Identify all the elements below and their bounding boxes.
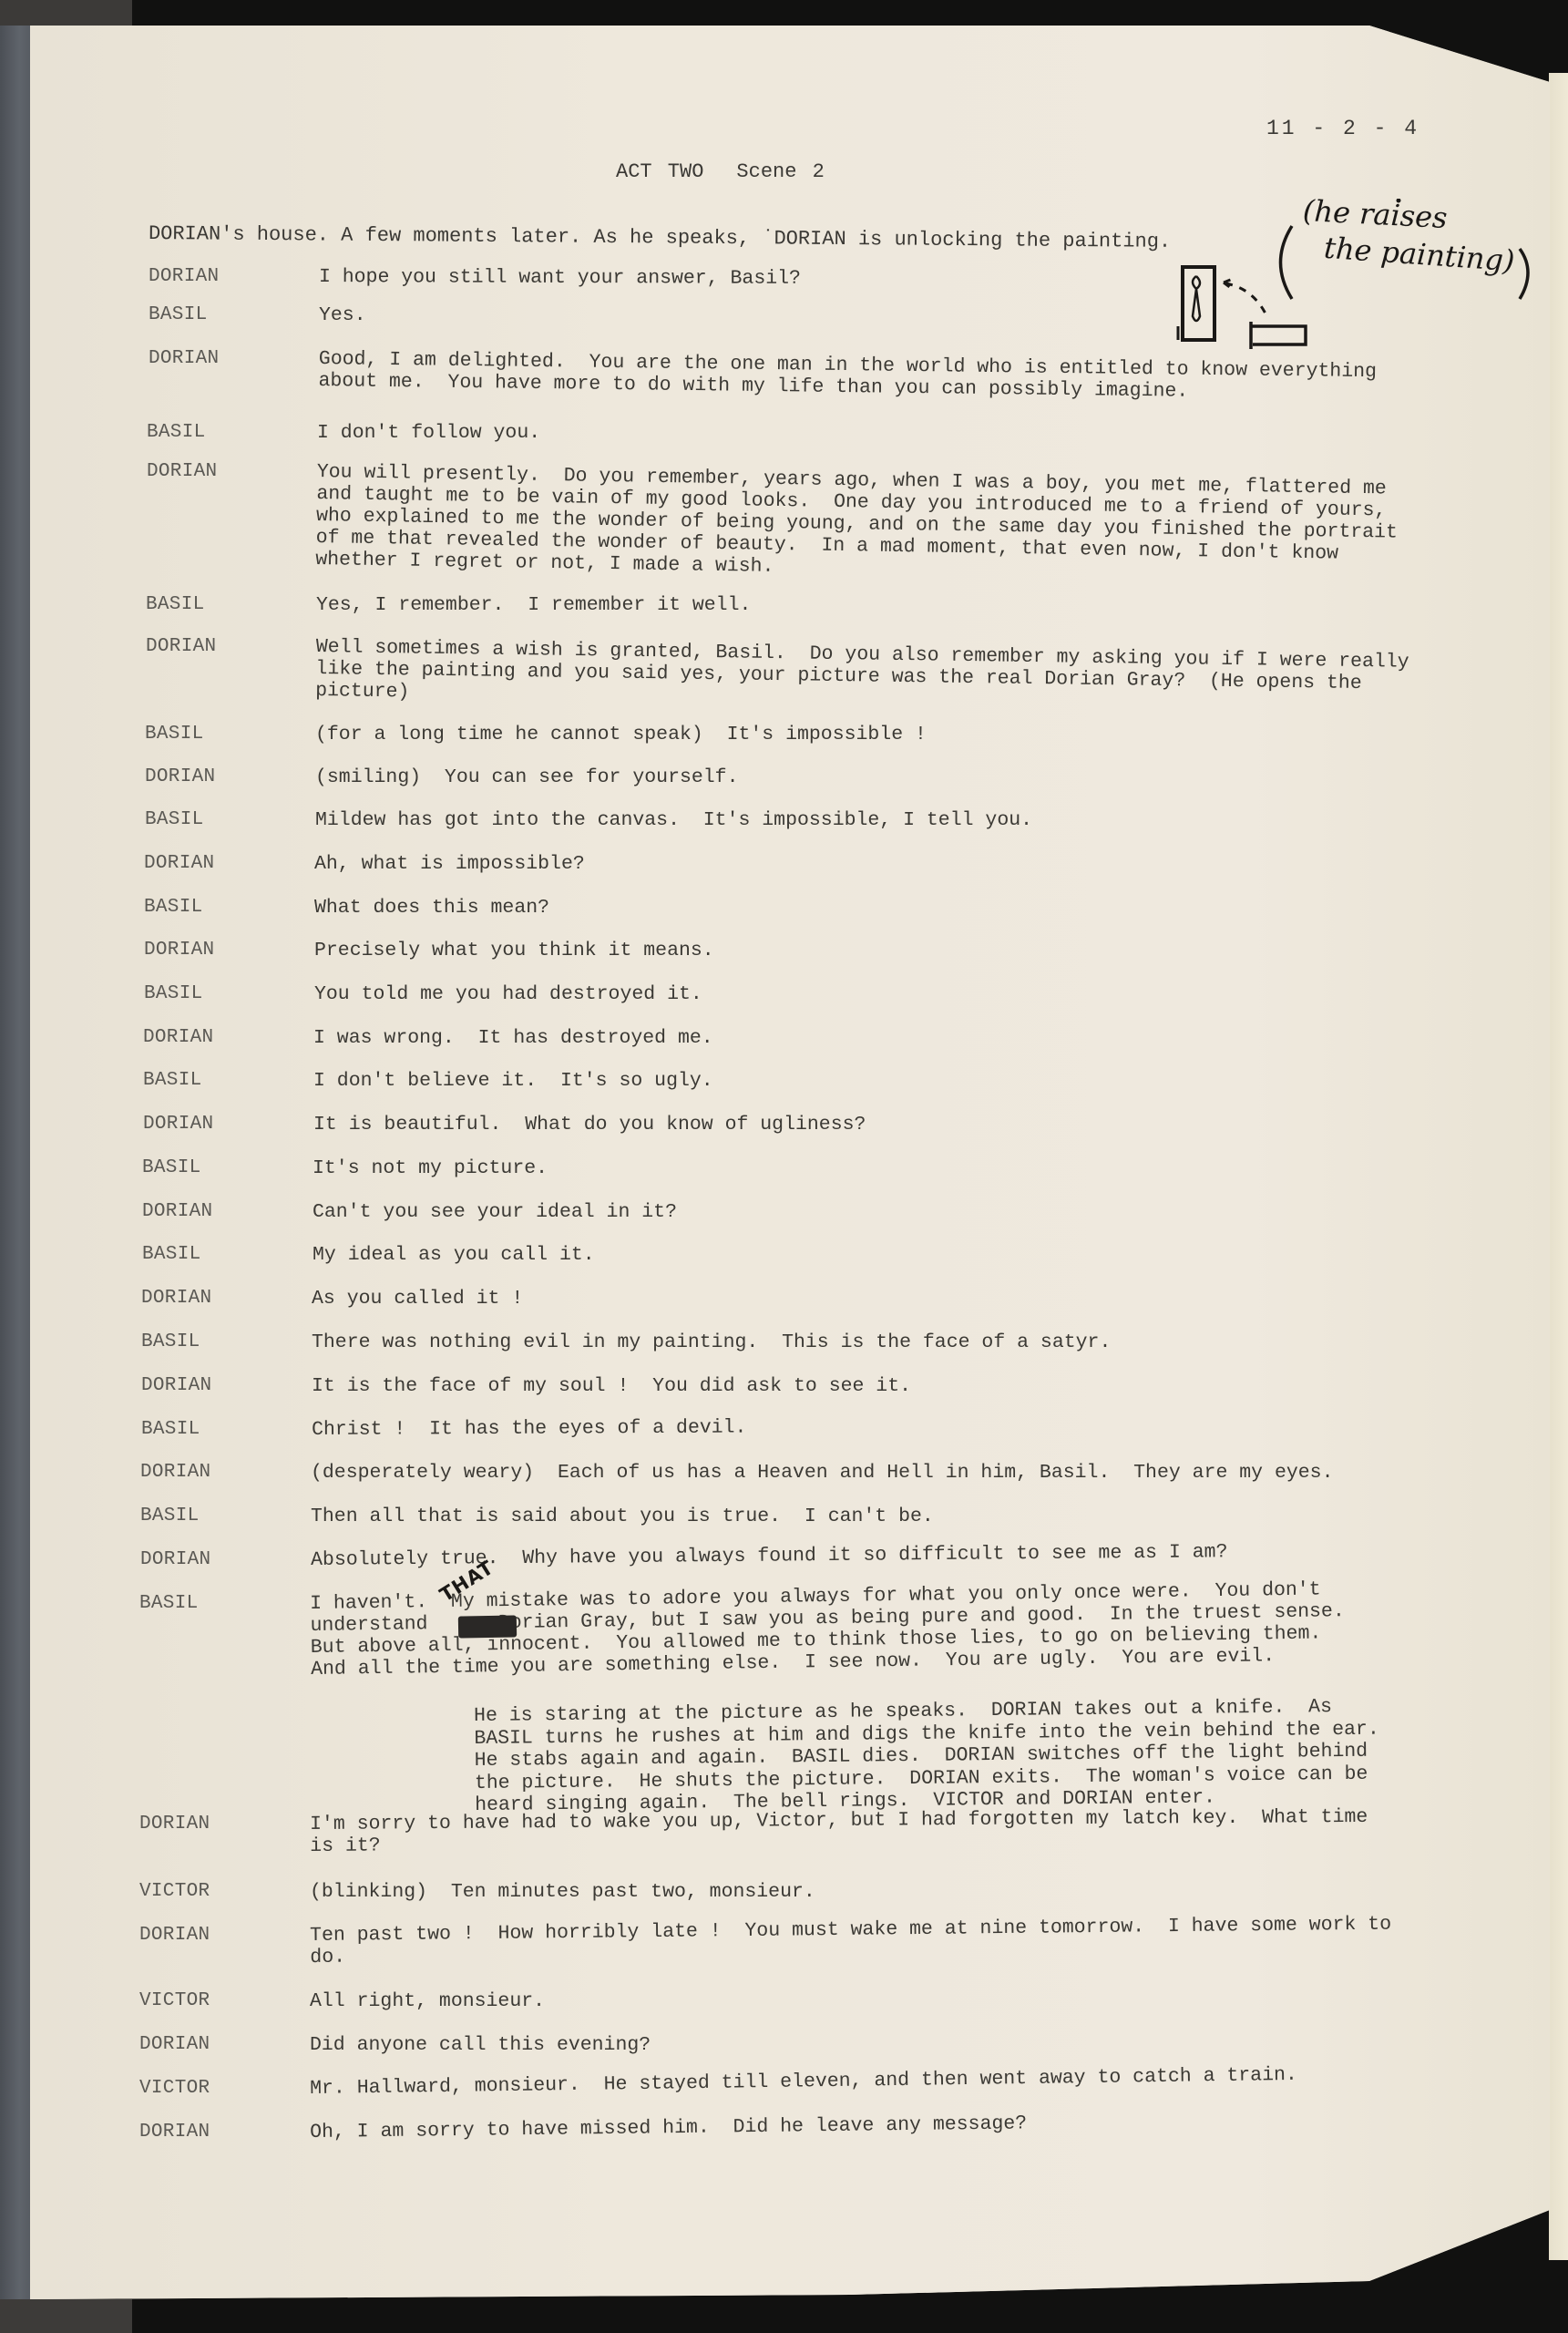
- speaker-name: VICTOR: [139, 1990, 210, 2012]
- next-page-edge: [1549, 73, 1568, 2260]
- speaker-name: DORIAN: [139, 1925, 210, 1947]
- speaker-name: DORIAN: [144, 853, 214, 875]
- dialogue-text: I don't follow you.: [317, 422, 540, 444]
- dialogue-text: Precisely what you think it means.: [314, 940, 714, 961]
- dialogue-text: You told me you had destroyed it.: [314, 983, 702, 1005]
- speaker-name: DORIAN: [140, 1462, 210, 1484]
- speaker-name: DORIAN: [141, 1288, 211, 1310]
- dialogue-text: It is beautiful. What do you know of ugl…: [313, 1114, 866, 1136]
- speaker-name: BASIL: [143, 1070, 202, 1092]
- dialogue-text: I was wrong. It has destroyed me.: [313, 1027, 713, 1049]
- dialogue-text: Mr. Hallward, monsieur. He stayed till e…: [310, 2064, 1297, 2100]
- dialogue-text: Can't you see your ideal in it?: [313, 1201, 677, 1223]
- speaker-name: BASIL: [149, 304, 208, 326]
- dialogue-text: (for a long time he cannot speak) It's i…: [315, 724, 927, 745]
- speaker-name: BASIL: [141, 1419, 200, 1441]
- speaker-name: BASIL: [146, 594, 205, 616]
- speaker-name: DORIAN: [149, 348, 219, 370]
- speaker-name: DORIAN: [142, 1201, 212, 1223]
- background-left-strip: [0, 26, 33, 2313]
- speaker-name: DORIAN: [144, 940, 214, 961]
- speaker-name: DORIAN: [146, 636, 216, 658]
- dialogue-text: Did anyone call this evening?: [310, 2034, 651, 2056]
- dialogue-text: Absolutely true. Why have you always fou…: [311, 1541, 1228, 1571]
- dialogue-text: Yes.: [319, 304, 366, 326]
- speaker-name: BASIL: [145, 809, 204, 831]
- dialogue-text: It is the face of my soul ! You did ask …: [312, 1375, 911, 1397]
- dialogue-text: What does this mean?: [314, 897, 549, 919]
- dialogue-text: Then all that is said about you is true.…: [311, 1506, 934, 1527]
- speaker-name: VICTOR: [139, 1881, 210, 1903]
- speaker-name: DORIAN: [139, 2122, 210, 2143]
- script-page: 11 - 2 - 4 ACT TWOScene 2 DORIAN's house…: [30, 26, 1550, 2299]
- speaker-name: DORIAN: [141, 1375, 211, 1397]
- speaker-name: DORIAN: [143, 1114, 213, 1136]
- speaker-name: BASIL: [139, 1593, 199, 1615]
- background-card-bottom: [0, 2299, 132, 2333]
- dialogue-text: Mildew has got into the canvas. It's imp…: [315, 809, 1032, 831]
- speaker-name: VICTOR: [139, 2078, 210, 2100]
- speaker-name: BASIL: [144, 983, 203, 1005]
- speaker-name: BASIL: [142, 1157, 201, 1179]
- dialogue-text: Good, I am delighted. You are the one ma…: [318, 348, 1377, 405]
- speaker-name: BASIL: [141, 1331, 200, 1353]
- dialogue-list: DORIANI hope you still want your answer,…: [30, 26, 1550, 2299]
- dialogue-text: Ten past two ! How horribly late ! You m…: [310, 1914, 1391, 1968]
- speaker-name: DORIAN: [147, 461, 217, 483]
- dialogue-text: It's not my picture.: [313, 1157, 548, 1179]
- dialogue-text: As you called it !: [312, 1288, 523, 1310]
- dialogue-text: Well sometimes a wish is granted, Basil.…: [315, 636, 1409, 717]
- dialogue-text: Ah, what is impossible?: [314, 853, 585, 875]
- speaker-name: DORIAN: [139, 2034, 210, 2056]
- dialogue-text: I'm sorry to have had to wake you up, Vi…: [310, 1806, 1368, 1857]
- speaker-name: DORIAN: [139, 1814, 210, 1835]
- speaker-name: BASIL: [147, 422, 206, 444]
- speaker-name: BASIL: [140, 1506, 200, 1527]
- dialogue-text: You will presently. Do you remember, yea…: [315, 461, 1399, 588]
- speaker-name: DORIAN: [149, 266, 219, 288]
- speaker-name: DORIAN: [140, 1549, 210, 1571]
- speaker-name: DORIAN: [143, 1027, 213, 1049]
- dialogue-text: Yes, I remember. I remember it well.: [316, 594, 751, 616]
- stage-direction: He is staring at the picture as he speak…: [474, 1696, 1380, 1817]
- speaker-name: BASIL: [142, 1244, 201, 1266]
- background-card-top: [0, 0, 132, 26]
- struck-out-word: [458, 1615, 517, 1638]
- dialogue-text: Christ ! It has the eyes of a devil.: [312, 1417, 747, 1441]
- dialogue-text: There was nothing evil in my painting. T…: [312, 1331, 1111, 1353]
- dialogue-text: My ideal as you call it.: [313, 1244, 595, 1266]
- dialogue-text: I hope you still want your answer, Basil…: [319, 266, 801, 290]
- dialogue-text: (smiling) You can see for yourself.: [315, 766, 738, 788]
- dialogue-text: I don't believe it. It's so ugly.: [313, 1070, 713, 1092]
- dialogue-text: Oh, I am sorry to have missed him. Did h…: [310, 2112, 1027, 2143]
- dialogue-text: (desperately weary) Each of us has a Hea…: [311, 1462, 1333, 1484]
- speaker-name: BASIL: [144, 897, 203, 919]
- dialogue-text: (blinking) Ten minutes past two, monsieu…: [310, 1881, 815, 1903]
- speaker-name: DORIAN: [145, 766, 215, 788]
- speaker-name: BASIL: [145, 724, 204, 745]
- dialogue-text: All right, monsieur.: [310, 1990, 545, 2012]
